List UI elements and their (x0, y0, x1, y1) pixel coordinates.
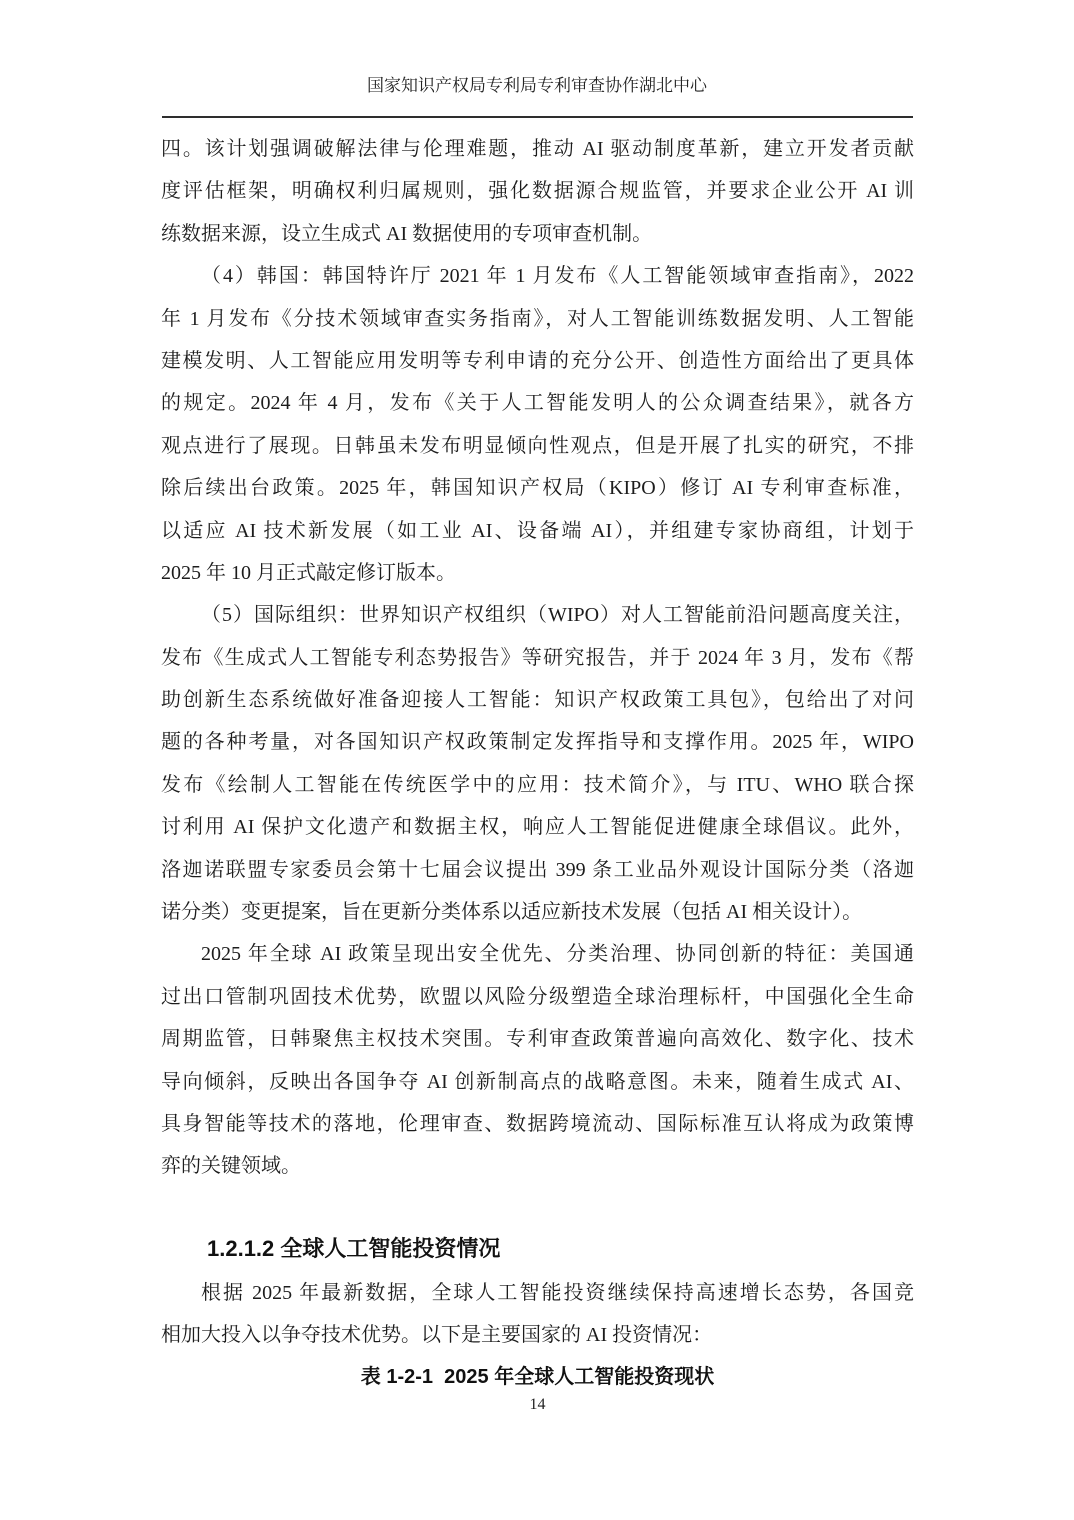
paragraph-line: 讨利用 AI 保护文化遗产和数据主权，响应人工智能促进健康全球倡议。此外， (161, 806, 914, 848)
paragraph-line: 2025 年 10 月正式敲定修订版本。 (161, 552, 914, 594)
paragraph-line: 相加大投入以争夺技术优势。以下是主要国家的 AI 投资情况： (161, 1314, 914, 1356)
paragraph-line: 题的各种考量，对各国知识产权政策制定发挥指导和支撑作用。2025 年，WIPO (161, 721, 914, 763)
paragraph-line: 的规定。2024 年 4 月，发布《关于人工智能发明人的公众调查结果》，就各方 (161, 382, 914, 424)
header-divider-rule (162, 116, 913, 118)
paragraph-line: 具身智能等技术的落地，伦理审查、数据跨境流动、国际标准互认将成为政策博 (161, 1103, 914, 1145)
paragraph-line: 观点进行了展现。日韩虽未发布明显倾向性观点，但是开展了扎实的研究，不排 (161, 425, 914, 467)
paragraph-line: 发布《生成式人工智能专利态势报告》等研究报告，并于 2024 年 3 月，发布《… (161, 637, 914, 679)
paragraph-line: 过出口管制巩固技术优势，欧盟以风险分级塑造全球治理标杆，中国强化全生命 (161, 976, 914, 1018)
paragraph-line: 四。该计划强调破解法律与伦理难题，推动 AI 驱动制度革新，建立开发者贡献 (161, 128, 914, 170)
page-number: 14 (161, 1394, 914, 1416)
investment-intro-paragraph: 根据 2025 年最新数据，全球人工智能投资继续保持高速增长态势，各国竞 相加大… (161, 1272, 914, 1357)
paragraph-line: 除后续出台政策。2025 年，韩国知识产权局（KIPO）修订 AI 专利审查标准… (161, 467, 914, 509)
paragraph-line: 诺分类）变更提案，旨在更新分类体系以适应新技术发展（包括 AI 相关设计）。 (161, 891, 914, 933)
section-heading-1-2-1-2: 1.2.1.2 全球人工智能投资情况 (161, 1234, 914, 1264)
paragraph-line: 助创新生态系统做好准备迎接人工智能：知识产权政策工具包》，包给出了对问 (161, 679, 914, 721)
body-text-column: 四。该计划强调破解法律与伦理难题，推动 AI 驱动制度革新，建立开发者贡献 度评… (161, 128, 914, 1416)
paragraph-line: （4）韩国：韩国特许厅 2021 年 1 月发布《人工智能领域审查指南》，202… (161, 255, 914, 297)
paragraph-line: 导向倾斜，反映出各国争夺 AI 创新制高点的战略意图。未来，随着生成式 AI、 (161, 1061, 914, 1103)
paragraph-line: 年 1 月发布《分技术领域审查实务指南》，对人工智能训练数据发明、人工智能 (161, 298, 914, 340)
paragraph-line: 弈的关键领域。 (161, 1145, 914, 1187)
paragraph-line: 以适应 AI 技术新发展（如工业 AI、设备端 AI），并组建专家协商组，计划于 (161, 510, 914, 552)
paragraph-line: 建模发明、人工智能应用发明等专利申请的充分公开、创造性方面给出了更具体 (161, 340, 914, 382)
paragraph-line: 根据 2025 年最新数据，全球人工智能投资继续保持高速增长态势，各国竞 (161, 1272, 914, 1314)
paragraph-line: 度评估框架，明确权利归属规则，强化数据源合规监管，并要求企业公开 AI 训 (161, 170, 914, 212)
page-header-title: 国家知识产权局专利局专利审查协作湖北中心 (0, 74, 1074, 98)
paragraph-line: 发布《绘制人工智能在传统医学中的应用：技术简介》，与 ITU、WHO 联合探 (161, 764, 914, 806)
paragraph-line: 2025 年全球 AI 政策呈现出安全优先、分类治理、协同创新的特征：美国通 (161, 933, 914, 975)
table-caption: 表 1-2-1 2025 年全球人工智能投资现状 (161, 1363, 914, 1391)
paragraph-line: 周期监管，日韩聚焦主权技术突围。专利审查政策普遍向高效化、数字化、技术 (161, 1018, 914, 1060)
document-page: 国家知识产权局专利局专利审查协作湖北中心 四。该计划强调破解法律与伦理难题，推动… (0, 0, 1074, 1520)
paragraph-line: （5）国际组织：世界知识产权组织（WIPO）对人工智能前沿问题高度关注， (161, 594, 914, 636)
paragraph-line: 练数据来源，设立生成式 AI 数据使用的专项审查机制。 (161, 213, 914, 255)
paragraph-line: 洛迦诺联盟专家委员会第十七届会议提出 399 条工业品外观设计国际分类（洛迦 (161, 849, 914, 891)
